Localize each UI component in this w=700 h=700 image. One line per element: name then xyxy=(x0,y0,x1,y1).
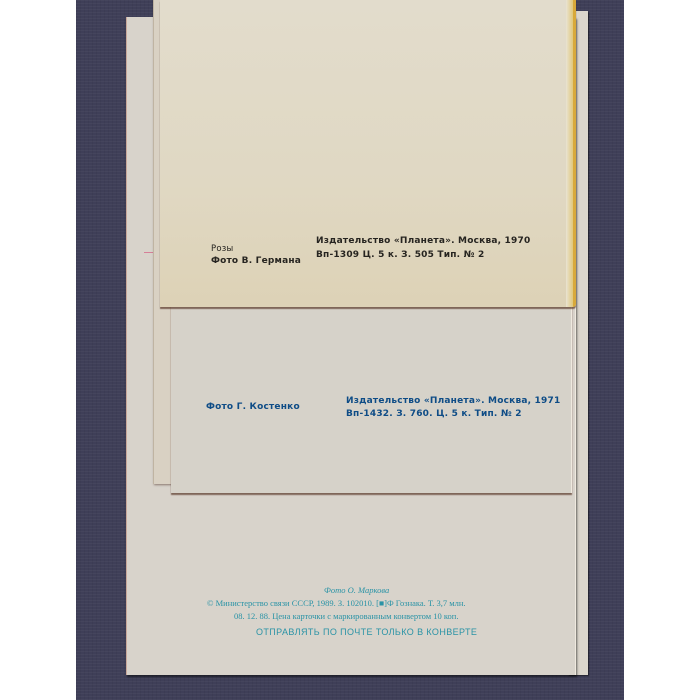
top-card-publisher: Издательство «Планета». Москва, 1970 xyxy=(316,236,530,246)
middle-card-publisher: Издательство «Планета». Москва, 1971 xyxy=(346,396,560,406)
top-card-title: Розы xyxy=(211,244,233,254)
top-card-print-info: Вп-1309 Ц. 5 к. З. 505 Тип. № 2 xyxy=(316,250,484,260)
back-card-copyright: © Министерство связи СССР, 1989. З. 1020… xyxy=(207,598,466,608)
middle-card-photographer: Фото Г. Костенко xyxy=(206,402,300,412)
top-card-photographer: Фото В. Германа xyxy=(211,256,301,266)
back-card-price: 08. 12. 88. Цена карточки с маркированны… xyxy=(234,611,458,621)
back-card-photographer: Фото О. Маркова xyxy=(324,585,389,595)
middle-card-print-info: Вп-1432. З. 760. Ц. 5 к. Тип. № 2 xyxy=(346,409,522,419)
back-card-mailing-note: ОТПРАВЛЯТЬ ПО ПОЧТЕ ТОЛЬКО В КОНВЕРТЕ xyxy=(256,627,477,637)
